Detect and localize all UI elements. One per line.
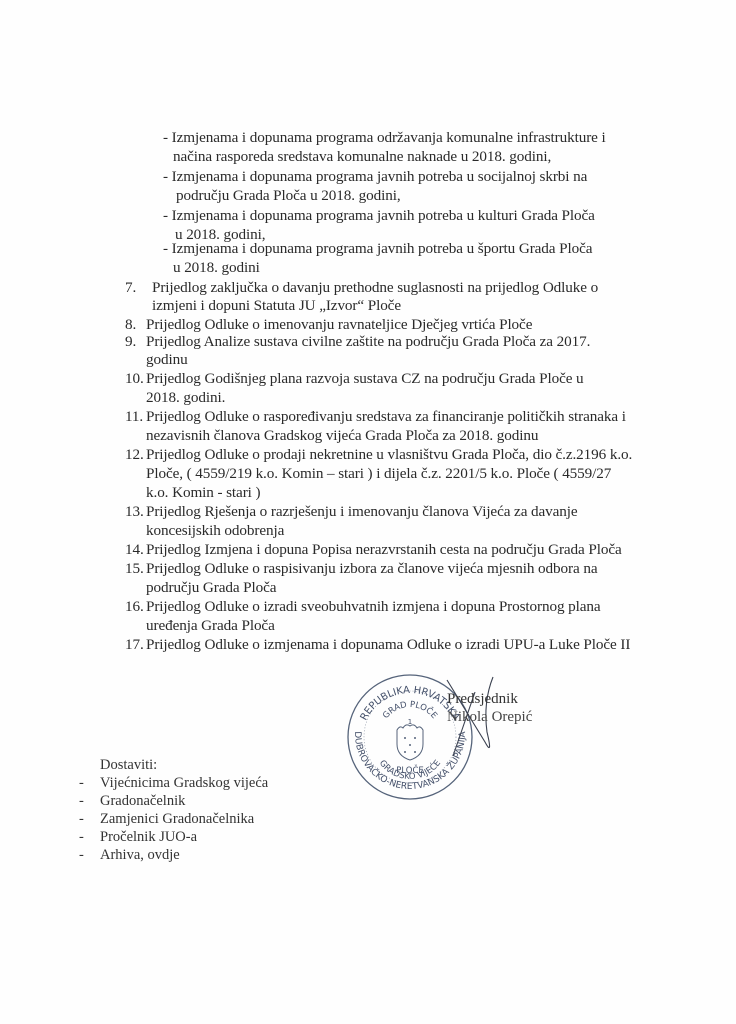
item-line: k.o. Komin - stari ) <box>146 484 260 502</box>
item-line: Prijedlog Odluke o raspisivanju izbora z… <box>146 560 597 578</box>
item-number: 16. <box>125 598 144 616</box>
sub-item-line: - Izmjenama i dopunama programa javnih p… <box>163 240 592 258</box>
item-number: 13. <box>125 503 144 521</box>
document-page: - Izmjenama i dopunama programa održavan… <box>0 0 736 1024</box>
distribution-item: Gradonačelnik <box>100 793 185 811</box>
svg-text:PLOČE: PLOČE <box>396 764 424 776</box>
president-title: Predsjednik <box>447 690 518 708</box>
distribution-bullet: - <box>79 811 84 829</box>
item-line: izmjeni i dopuni Statuta JU „Izvor“ Ploč… <box>152 297 401 315</box>
item-line: koncesijskih odobrenja <box>146 522 284 540</box>
distribution-bullet: - <box>79 847 84 865</box>
item-line: Prijedlog Odluke o raspoređivanju sredst… <box>146 408 626 426</box>
item-line: Prijedlog Odluke o imenovanju ravnatelji… <box>146 316 532 334</box>
item-line: području Grada Ploča <box>146 579 276 597</box>
item-number: 14. <box>125 541 144 559</box>
item-line: Prijedlog Rješenja o razrješenju i imeno… <box>146 503 578 521</box>
president-name: Nikola Orepić <box>447 708 532 726</box>
item-number: 15. <box>125 560 144 578</box>
item-line: Prijedlog Izmjena i dopuna Popisa nerazv… <box>146 541 622 559</box>
distribution-item: Pročelnik JUO-a <box>100 829 197 847</box>
distribution-item: Zamjenici Gradonačelnika <box>100 811 254 829</box>
distribution-item: Arhiva, ovdje <box>100 847 180 865</box>
sub-item-line: načina rasporeda sredstava komunalne nak… <box>173 148 551 166</box>
item-line: Prijedlog Odluke o izradi sveobuhvatnih … <box>146 598 601 616</box>
item-line: Prijedlog zaključka o davanju prethodne … <box>152 279 598 297</box>
item-line: godinu <box>146 351 188 369</box>
distribution-bullet: - <box>79 829 84 847</box>
sub-item-line: - Izmjenama i dopunama programa održavan… <box>163 129 606 147</box>
item-number: 10. <box>125 370 144 388</box>
item-line: Prijedlog Analize sustava civilne zaštit… <box>146 333 590 351</box>
coat-of-arms-icon <box>397 725 423 760</box>
item-number: 11. <box>125 408 143 426</box>
item-line: Ploče, ( 4559/219 k.o. Komin – stari ) i… <box>146 465 611 483</box>
sub-item-line: - Izmjenama i dopunama programa javnih p… <box>163 168 587 186</box>
item-line: 2018. godini. <box>146 389 225 407</box>
distribution-bullet: - <box>79 793 84 811</box>
item-line: nezavisnih članova Gradskog vijeća Grada… <box>146 427 538 445</box>
distribution-heading: Dostaviti: <box>100 757 157 775</box>
item-number: 9. <box>125 333 136 351</box>
item-line: Prijedlog Odluke o prodaji nekretnine u … <box>146 446 632 464</box>
sub-item-line: - Izmjenama i dopunama programa javnih p… <box>163 207 595 225</box>
item-number: 17. <box>125 636 144 654</box>
item-line: Prijedlog Odluke o izmjenama i dopunama … <box>146 636 630 654</box>
distribution-bullet: - <box>79 775 84 793</box>
item-number: 8. <box>125 316 136 334</box>
item-line: uređenja Grada Ploča <box>146 617 275 635</box>
item-number: 12. <box>125 446 144 464</box>
sub-item-line: području Grada Ploča u 2018. godini, <box>176 187 401 205</box>
item-line: Prijedlog Godišnjeg plana razvoja sustav… <box>146 370 584 388</box>
item-number: 7. <box>125 279 136 297</box>
sub-item-line: u 2018. godini <box>173 259 260 277</box>
distribution-item: Vijećnicima Gradskog vijeća <box>100 775 268 793</box>
